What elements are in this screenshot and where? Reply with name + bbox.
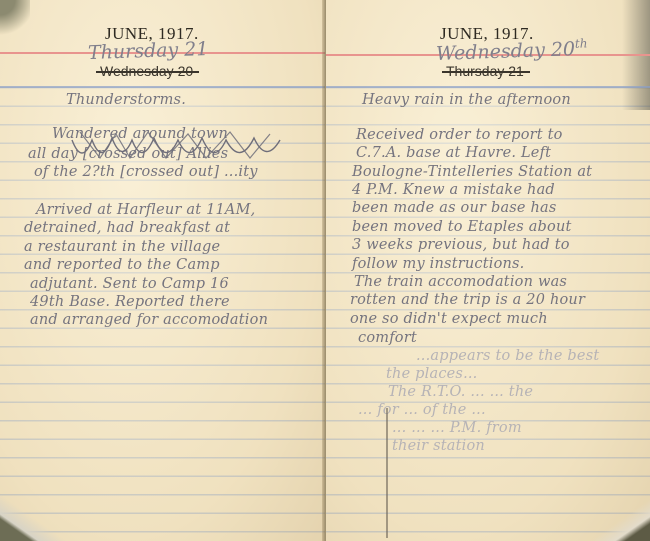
show-through-line: The R.T.O. ... ... the bbox=[388, 384, 533, 400]
strikethrough bbox=[96, 71, 199, 73]
entry-line: 3 weeks previous, but had to bbox=[352, 237, 570, 253]
ordinal-suffix: th bbox=[575, 36, 588, 50]
left-page: JUNE, 1917. Thursday 21 Wednesday 20 Thu… bbox=[0, 0, 325, 541]
page-corner-curl bbox=[560, 481, 650, 541]
entry-line: Arrived at Harfleur at 11AM, bbox=[36, 202, 255, 218]
handwritten-day-label: Wednesday 20 bbox=[436, 38, 576, 65]
show-through-line: ...appears to be the best bbox=[416, 348, 599, 364]
entry-line: comfort bbox=[358, 330, 417, 346]
printed-day-struck: Thursday 21 bbox=[446, 63, 524, 79]
entry-line: Heavy rain in the afternoon bbox=[362, 92, 571, 108]
entry-line: a restaurant in the village bbox=[24, 239, 220, 255]
page-corner-curl bbox=[0, 481, 90, 541]
entry-line: Received order to report to bbox=[356, 127, 563, 143]
entry-line: 4 P.M. Knew a mistake had bbox=[352, 182, 555, 198]
entry-line: and reported to the Camp bbox=[24, 257, 220, 273]
show-through-line: ... for ... of the ... bbox=[358, 402, 486, 418]
entry-line: The train accomodation was bbox=[354, 274, 567, 290]
entry-line: been made as our base has bbox=[352, 200, 557, 216]
entry-line: one so didn't expect much bbox=[350, 311, 548, 327]
entry-line: been moved to Etaples about bbox=[352, 219, 572, 235]
show-through-line: the places... bbox=[386, 366, 478, 382]
diary-spread: JUNE, 1917. Thursday 21 Wednesday 20 Thu… bbox=[0, 0, 650, 541]
show-through-line: ... ... ... P.M. from bbox=[392, 420, 522, 436]
entry-line: detrained, had breakfast at bbox=[24, 220, 230, 236]
show-through-line: their station bbox=[392, 438, 485, 454]
entry-line: 49th Base. Reported there bbox=[30, 294, 230, 310]
handwritten-day: Thursday 21 bbox=[88, 38, 209, 64]
page-corner-shadow bbox=[0, 0, 30, 40]
entry-line: adjutant. Sent to Camp 16 bbox=[30, 276, 229, 292]
scribble-crossout bbox=[70, 128, 290, 168]
entry-line: Boulogne-Tintelleries Station at bbox=[352, 164, 592, 180]
entry-line: Thunderstorms. bbox=[66, 92, 186, 108]
blue-rule bbox=[326, 86, 650, 88]
right-page: JUNE, 1917. Wednesday 20th Thursday 21 H… bbox=[326, 0, 650, 541]
handwritten-day: Wednesday 20th bbox=[436, 36, 588, 65]
entry-line: follow my instructions. bbox=[352, 256, 525, 272]
blue-rule bbox=[0, 86, 325, 88]
entry-line: and arranged for accomodation bbox=[30, 312, 268, 328]
entry-line: rotten and the trip is a 20 hour bbox=[350, 292, 585, 308]
strikethrough bbox=[442, 71, 530, 73]
printed-day-struck: Wednesday 20 bbox=[100, 63, 193, 79]
pencil-margin-mark bbox=[386, 408, 388, 538]
entry-line: C.7.A. base at Havre. Left bbox=[356, 145, 551, 161]
